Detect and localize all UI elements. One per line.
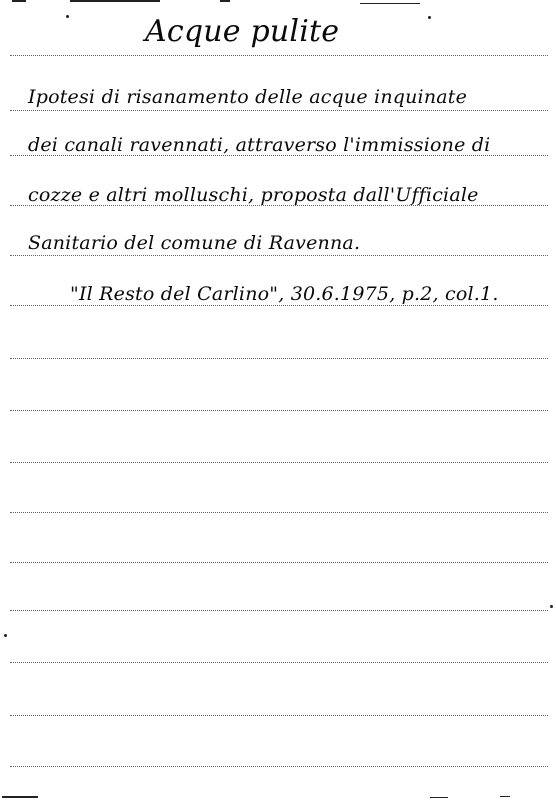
body-line-3: cozze e altri molluschi, proposta dall'U… [28, 184, 479, 206]
scan-edge-mark [2, 796, 38, 798]
scan-speck [66, 15, 69, 18]
ruled-line [10, 662, 548, 663]
scan-edge-mark [430, 797, 448, 798]
scan-edge-mark [12, 0, 26, 2]
scan-edge-mark [220, 0, 230, 2]
scan-speck [428, 16, 431, 19]
ruled-line [10, 255, 548, 256]
scan-edge-mark [70, 0, 160, 2]
ruled-line [10, 155, 548, 156]
scan-edge-mark [360, 3, 420, 4]
index-card: Acque pulite Ipotesi di risanamento dell… [0, 0, 556, 800]
ruled-line [10, 55, 548, 56]
body-line-2: dei canali ravennati, attraverso l'immis… [28, 134, 490, 156]
ruled-line [10, 562, 548, 563]
scan-speck [4, 634, 7, 637]
body-line-4: Sanitario del comune di Ravenna. [28, 232, 360, 254]
ruled-line [10, 610, 548, 611]
ruled-line [10, 462, 548, 463]
body-line-1: Ipotesi di risanamento delle acque inqui… [28, 86, 467, 108]
source-citation: "Il Resto del Carlino", 30.6.1975, p.2, … [70, 283, 499, 305]
ruled-line [10, 110, 548, 111]
card-title: Acque pulite [145, 14, 339, 49]
scan-edge-mark [500, 796, 510, 797]
ruled-line [10, 715, 548, 716]
ruled-line [10, 305, 548, 306]
ruled-line [10, 358, 548, 359]
ruled-line [10, 766, 548, 767]
ruled-line [10, 205, 548, 206]
ruled-line [10, 512, 548, 513]
scan-speck [550, 605, 553, 608]
ruled-line [10, 410, 548, 411]
